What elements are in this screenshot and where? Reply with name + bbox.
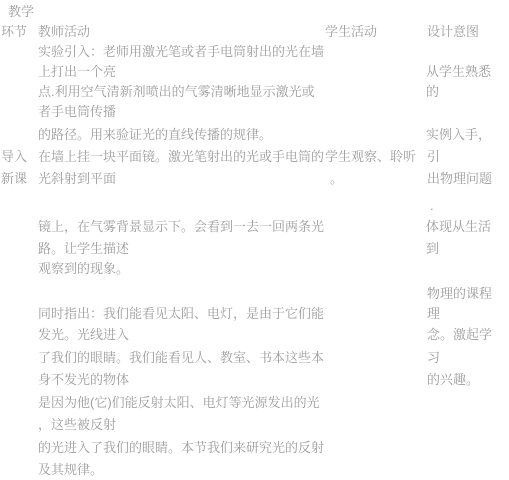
header-design-intent: 设计意图 xyxy=(427,22,479,42)
design-intent-line: 物理的课程 xyxy=(427,284,492,304)
design-intent-line: . xyxy=(430,196,434,216)
design-intent-line: 引 xyxy=(427,147,440,167)
teacher-activity-line: 上打出一个亮 xyxy=(38,62,116,82)
header-stage-line-2: 环节 xyxy=(1,22,27,42)
teacher-activity-line: 是因为他(它)们能反射太阳、电灯等光源发出的光 xyxy=(38,393,320,413)
student-activity-line: 。 xyxy=(330,169,343,189)
stage-label-line: 新课 xyxy=(1,169,27,189)
teacher-activity-line: 身不发光的物体 xyxy=(38,370,129,390)
teacher-activity-line: 的路径。用来验证光的直线传播的规律。 xyxy=(38,125,272,145)
teacher-activity-line: 点.利用空气清新剂喷出的气雾清晰地显示激光或 xyxy=(38,82,315,102)
header-teacher-activity: 教师活动 xyxy=(38,22,90,42)
teacher-activity-line: 及其规律。 xyxy=(38,460,103,480)
teacher-activity-line: ，这些被反射 xyxy=(38,415,116,435)
design-intent-line: 的 xyxy=(426,82,439,102)
teacher-activity-line: 发光。光线进入 xyxy=(38,325,129,345)
stage-label-line: 导入 xyxy=(1,147,27,167)
design-intent-line: 习 xyxy=(427,348,440,368)
teacher-activity-line: 光斜射到平面 xyxy=(38,169,116,189)
teacher-activity-line: 者手电筒传播 xyxy=(38,102,116,122)
header-student-activity: 学生活动 xyxy=(325,22,377,42)
design-intent-line: 实例入手， xyxy=(426,125,491,145)
design-intent-line: 的兴趣。 xyxy=(427,370,479,390)
teacher-activity-line: 实验引入：老师用激光笔或者手电筒射出的光在墙 xyxy=(38,42,324,62)
teacher-activity-line: 的光进入了我们的眼睛。本节我们来研究光的反射 xyxy=(38,438,324,458)
design-intent-line: 念。激起学 xyxy=(427,325,492,345)
teacher-activity-line: 同时指出：我们能看见太阳、电灯，是由于它们能 xyxy=(38,304,324,324)
lesson-plan-document: 教学环节教师活动学生活动设计意图实验引入：老师用激光笔或者手电筒射出的光在墙上打… xyxy=(0,0,509,480)
teacher-activity-line: 镜上，在气雾背景显示下。会看到一去一回两条光 xyxy=(38,217,324,237)
student-activity-line: 学生观察、聆听 xyxy=(325,147,416,167)
design-intent-line: 出物理问题 xyxy=(427,169,492,189)
teacher-activity-line: 观察到的现象。 xyxy=(38,259,129,279)
design-intent-line: 理 xyxy=(427,304,440,324)
teacher-activity-line: 了我们的眼睛。我们能看见人、教室、书本这些本 xyxy=(38,348,324,368)
teacher-activity-line: 在墙上挂一块平面镜。激光笔射出的光或手电筒的 xyxy=(38,147,324,167)
header-stage-line-1: 教学 xyxy=(8,2,34,22)
design-intent-line: 体现从生活 xyxy=(426,217,491,237)
teacher-activity-line: 路。让学生描述 xyxy=(38,239,129,259)
design-intent-line: 从学生熟悉 xyxy=(426,62,491,82)
design-intent-line: 到 xyxy=(426,239,439,259)
